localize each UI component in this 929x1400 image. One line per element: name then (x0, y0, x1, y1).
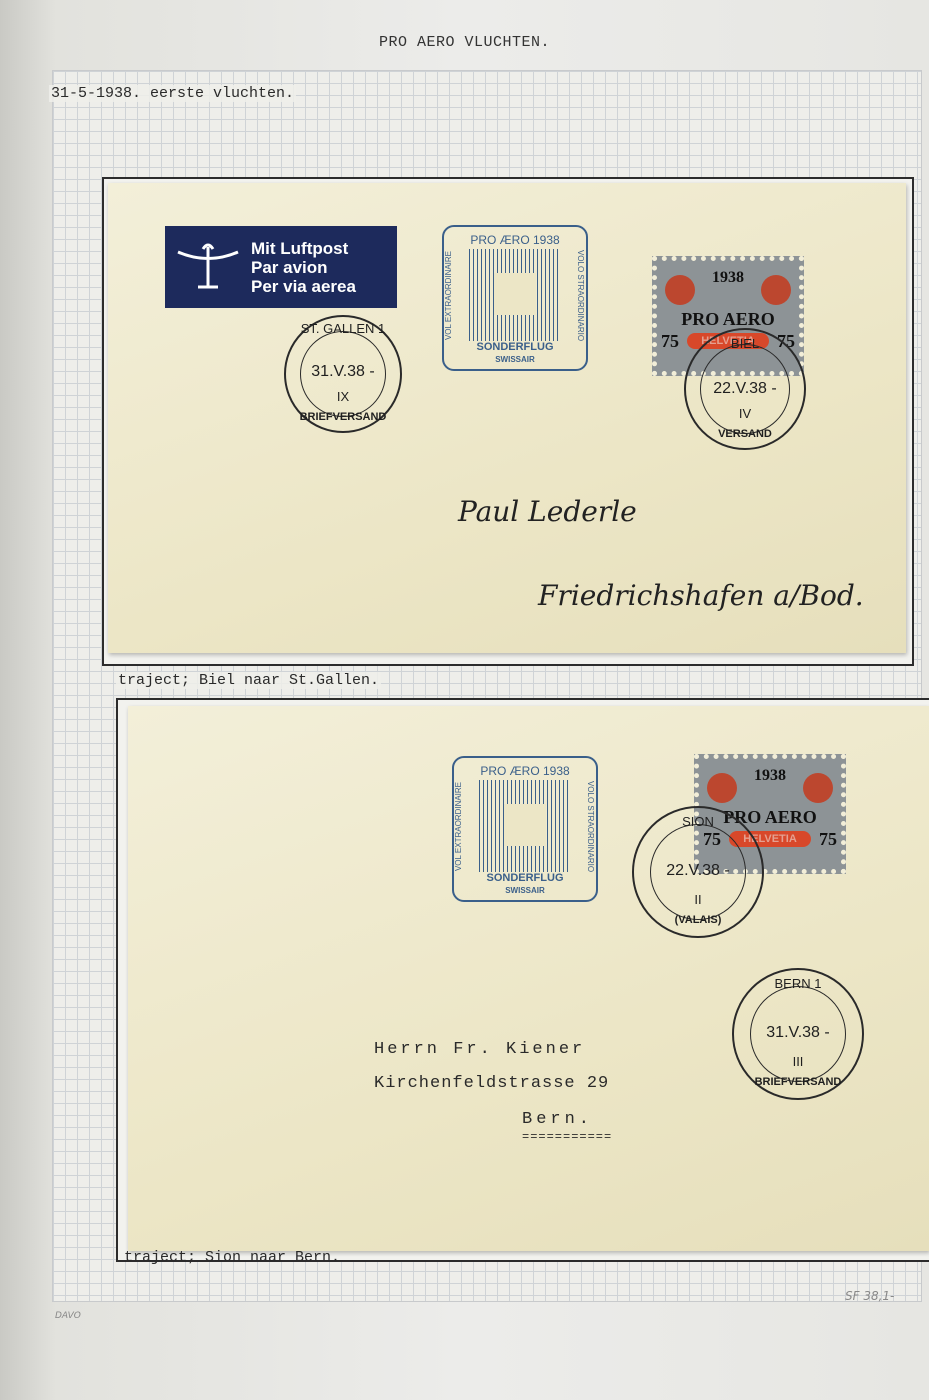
postmark-top: ST. GALLEN 1 (286, 321, 400, 336)
airplane-icon (173, 237, 243, 297)
label-line-3: Per via aerea (251, 277, 356, 296)
stamp-value-right: 75 (819, 829, 837, 850)
cachet-bottom: SONDERFLUG (444, 341, 586, 353)
cachet-bottom2: SWISSAIR (454, 886, 596, 895)
postmark-num: III (734, 1054, 862, 1069)
address-line-2: Kirchenfeldstrasse 29 (374, 1074, 609, 1093)
page-mark: DAVO (55, 1311, 81, 1321)
stamp-year: 1938 (699, 767, 841, 785)
postmark-bern: BERN 1 31.V.38 - III BRIEFVERSAND (732, 968, 864, 1100)
cachet-right: VOLO STRAORDINARIO (576, 250, 585, 341)
postmark-bottom: VERSAND (686, 428, 804, 440)
heading-note: 31-5-1938. eerste vluchten. (49, 85, 296, 102)
address-line-3: Bern. (522, 1110, 593, 1129)
postmark-sion: SION 22.V.38 - II (VALAIS) (632, 806, 764, 938)
page-title: PRO AERO VLUCHTEN. (0, 34, 929, 51)
postmark-bottom: (VALAIS) (634, 914, 762, 926)
label-line-1: Mit Luftpost (251, 239, 356, 258)
cachet-left: VOL EXTRAORDINAIRE (454, 782, 463, 871)
postmark-num: II (634, 892, 762, 907)
postmark-num: IX (286, 389, 400, 404)
stamp-year: 1938 (657, 269, 799, 287)
address-name: Paul Lederle (458, 495, 637, 528)
cover-1: Mit Luftpost Par avion Per via aerea PRO… (108, 183, 906, 653)
postmark-date: 22.V.38 - (686, 380, 804, 398)
flight-cachet: PRO ÆRO 1938 VOL EXTRAORDINAIRE VOLO STR… (452, 756, 598, 902)
airmail-label: Mit Luftpost Par avion Per via aerea (165, 226, 397, 308)
flight-cachet: PRO ÆRO 1938 VOL EXTRAORDINAIRE VOLO STR… (442, 225, 588, 371)
postmark-top: BERN 1 (734, 976, 862, 991)
address-underline: =========== (522, 1130, 612, 1144)
postmark-bottom: BRIEFVERSAND (286, 411, 400, 423)
cachet-right: VOLO STRAORDINARIO (586, 781, 595, 872)
pencil-note: SF 38,1- (845, 1289, 894, 1303)
label-line-2: Par avion (251, 258, 356, 277)
caption-1: traject; Biel naar St.Gallen. (116, 672, 381, 689)
address-line-1: Herrn Fr. Kiener (374, 1040, 585, 1059)
postmark-biel: BIEL 22.V.38 - IV VERSAND (684, 328, 806, 450)
stamp-overprint: PRO AERO (657, 309, 799, 330)
postmark-bottom: BRIEFVERSAND (734, 1076, 862, 1088)
cachet-left: VOL EXTRAORDINAIRE (444, 251, 453, 340)
postmark-date: 31.V.38 - (286, 363, 400, 381)
postmark-top: SION (634, 814, 762, 829)
address-city: Friedrichshafen a/Bod. (538, 579, 864, 612)
cachet-top: PRO ÆRO 1938 (454, 764, 596, 778)
cachet-bottom2: SWISSAIR (444, 355, 586, 364)
stamp-value-left: 75 (661, 331, 679, 352)
postmark-top: BIEL (686, 336, 804, 351)
caption-2: traject; Sion naar Bern. (122, 1249, 342, 1266)
cachet-bottom: SONDERFLUG (454, 872, 596, 884)
postmark-num: IV (686, 406, 804, 421)
postmark-date: 31.V.38 - (734, 1024, 862, 1042)
cover-2: PRO ÆRO 1938 VOL EXTRAORDINAIRE VOLO STR… (128, 706, 929, 1251)
cachet-top: PRO ÆRO 1938 (444, 233, 586, 247)
postmark-date: 22.V.38 - (634, 862, 762, 880)
postmark-st-gallen: ST. GALLEN 1 31.V.38 - IX BRIEFVERSAND (284, 315, 402, 433)
